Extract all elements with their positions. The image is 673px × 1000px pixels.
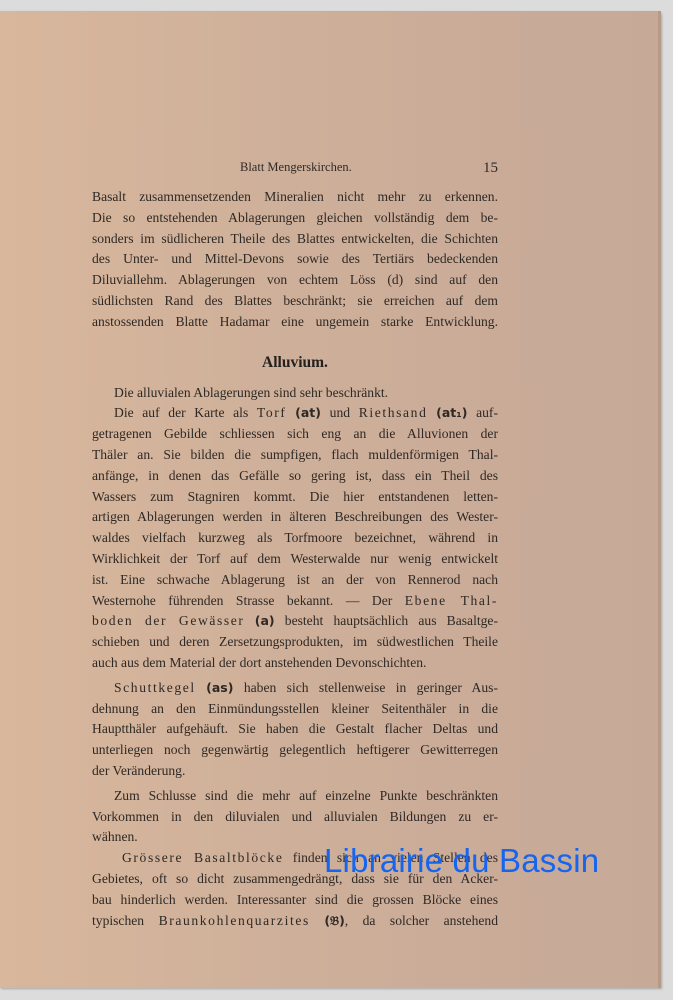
text-fragment: auf-: [467, 405, 498, 420]
text-fragment: Die auf der Karte als: [114, 405, 257, 420]
text-line: der Veränderung.: [92, 761, 498, 782]
text-line: südlichsten Rand des Blattes beschränkt;…: [92, 291, 498, 312]
text-line: boden der Gewässer (a) besteht hauptsäch…: [92, 611, 498, 632]
text-line: Schuttkegel (as) haben sich stellenweise…: [92, 678, 498, 699]
text-line: des Unter- und Mittel-Devons sowie des T…: [92, 249, 498, 270]
text-line: Zum Schlusse sind die mehr auf einzelne …: [92, 786, 498, 807]
text-line: Westernohe führenden Strasse bekannt. — …: [92, 591, 498, 612]
text-line: Die alluvialen Ablagerungen sind sehr be…: [92, 383, 498, 404]
paragraph-schlusse: Zum Schlusse sind die mehr auf einzelne …: [92, 786, 498, 848]
text-line: waldes vielfach kurzweg als Torfmoore be…: [92, 528, 498, 549]
running-title: Blatt Mengerskirchen.: [240, 160, 352, 175]
text-line: sonders im südlicheren Theile des Blatte…: [92, 229, 498, 250]
text-column: Basalt zusammensetzenden Mineralien nich…: [92, 187, 498, 931]
running-head: Blatt Mengerskirchen. 15: [0, 160, 661, 180]
text-line: dehnung an den Einmündungsstellen kleine…: [92, 699, 498, 720]
map-symbol-as: (as): [206, 680, 233, 695]
watermark-seller: Librairie du Bassin: [324, 842, 599, 880]
map-symbol-at1: (at₁): [436, 405, 467, 420]
text-line: auch aus dem Material der dort anstehend…: [92, 653, 498, 674]
page-number: 15: [483, 160, 498, 177]
text-fragment: besteht hauptsächlich aus Basaltge-: [275, 613, 498, 628]
term-ebene-thalboden: Ebene Thal-: [405, 593, 498, 608]
text-fragment: haben sich stellenweise in geringer Aus-: [233, 680, 498, 695]
text-line: Basalt zusammensetzenden Mineralien nich…: [92, 187, 498, 208]
text-fragment: Westernohe führenden Strasse bekannt. — …: [92, 593, 405, 608]
term-braunkohlenquarzites: Braunkohlenquarzites: [159, 913, 310, 928]
text-line: Die so entstehenden Ablagerungen gleiche…: [92, 208, 498, 229]
text-fragment: , da solcher anstehend: [345, 913, 498, 928]
text-line: Thäler an. Sie bilden die sumpfigen, fla…: [92, 445, 498, 466]
term-schuttkegel: Schuttkegel: [114, 680, 196, 695]
book-page: Blatt Mengerskirchen. 15 Basalt zusammen…: [0, 11, 661, 988]
term-gewaesser: boden der Gewässer: [92, 613, 245, 628]
text-line: Wassers zum Stagniren kommt. Die hier en…: [92, 487, 498, 508]
text-line: ist. Eine schwache Ablagerung ist an der…: [92, 570, 498, 591]
section-heading-alluvium: Alluvium.: [92, 353, 498, 377]
paragraph-schuttkegel: Schuttkegel (as) haben sich stellenweise…: [92, 678, 498, 782]
text-line: Wirklichkeit der Torf auf dem Westerwald…: [92, 549, 498, 570]
text-line: anstossenden Blatte Hadamar eine ungemei…: [92, 312, 498, 333]
text-line: getragenen Gebilde schliessen sich eng a…: [92, 424, 498, 445]
text-line: Hauptthäler aufgehäuft. Sie haben die Ge…: [92, 719, 498, 740]
paragraph-continuation: Basalt zusammensetzenden Mineralien nich…: [92, 187, 498, 333]
text-line: typischen Braunkohlenquarzites (𝔅), da s…: [92, 911, 498, 932]
map-symbol-b: (𝔅): [324, 913, 344, 928]
text-line: artigen Ablagerungen werden in älteren B…: [92, 507, 498, 528]
text-line: anfänge, in denen das Gefälle so gering …: [92, 466, 498, 487]
text-line: Diluviallehm. Ablagerungen von echtem Lö…: [92, 270, 498, 291]
term-torf: Torf: [257, 405, 287, 420]
map-symbol-at: (at): [295, 405, 321, 420]
text-line: unterliegen noch gegenwärtig gelegentlic…: [92, 740, 498, 761]
term-riethsand: Riethsand: [359, 405, 428, 420]
text-fragment: typischen: [92, 913, 159, 928]
paragraph-intro: Die alluvialen Ablagerungen sind sehr be…: [92, 383, 498, 404]
map-symbol-a: (a): [255, 613, 275, 628]
term-basaltbloecke: Grössere Basaltblöcke: [122, 850, 283, 865]
text-line: schieben und deren Zersetzungsprodukten,…: [92, 632, 498, 653]
text-line: Die auf der Karte als Torf (at) und Riet…: [92, 403, 498, 424]
text-line: Vorkommen in den diluvialen und alluvial…: [92, 807, 498, 828]
paragraph-torf-riethsand: Die auf der Karte als Torf (at) und Riet…: [92, 403, 498, 673]
text-line: bau hinderlich werden. Interessanter sin…: [92, 890, 498, 911]
text-fragment: und: [321, 405, 359, 420]
